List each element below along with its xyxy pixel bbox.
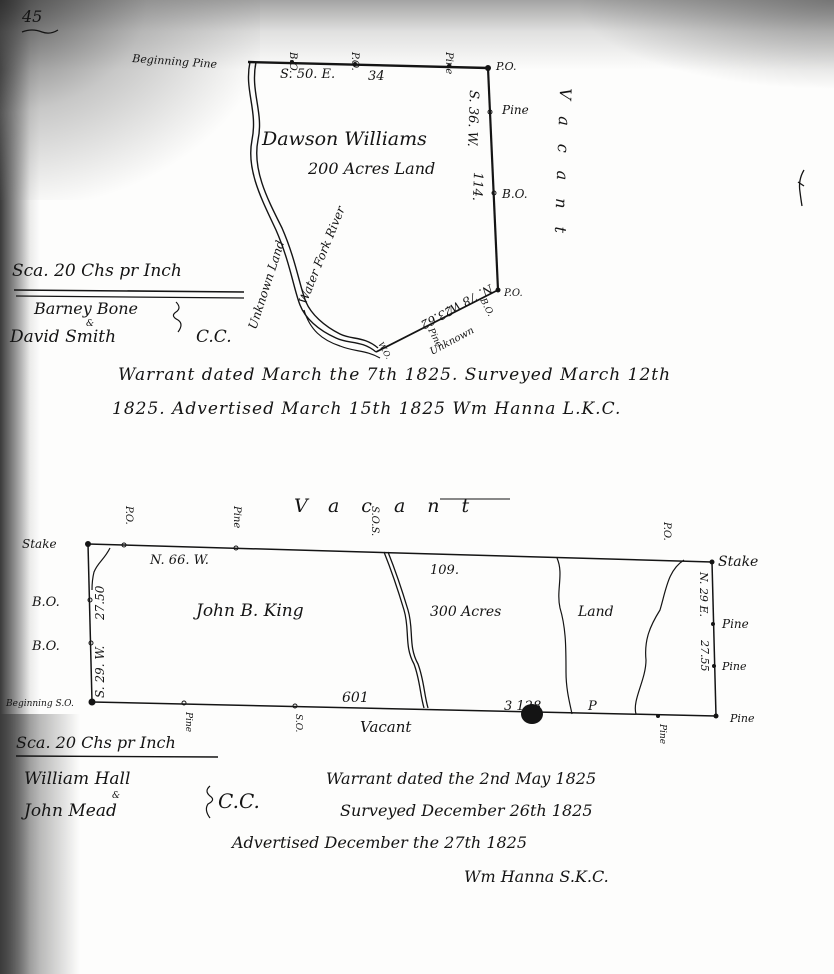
plat1-river-label: Water Fork River — [296, 203, 348, 306]
plat2-chain-carrier-1: William Hall — [24, 769, 130, 789]
plat2-adjoining-north: Vacant — [294, 495, 491, 517]
plat2-river-a — [384, 552, 424, 708]
plat1-adjoining-east: Vacant — [550, 88, 575, 251]
plat1-river-west — [248, 62, 376, 352]
plat1-acreage: 200 Acres Land — [307, 159, 435, 178]
plat1-ne-corner-label: P.O. — [495, 60, 517, 73]
survey-page: 45 Beginning Pine S. 50. E. 34 B. — [0, 0, 834, 974]
plat2-warrant-line-2: Surveyed December 26th 1825 — [340, 801, 593, 820]
plat1-ne-corner-marker — [485, 65, 491, 71]
plat2-adjoining-south: Vacant — [360, 718, 412, 736]
plat2-south-distance-b: 3 128 — [504, 699, 541, 714]
plat2-scale: Sca. 20 Chs pr Inch — [16, 733, 176, 752]
plat2-east-bearing: N. 29 E. — [697, 571, 710, 617]
plat2-west-label-2: B.O. — [31, 639, 60, 654]
plat1-scale-rule-1 — [14, 290, 244, 292]
plat2-north-label-1: P.O. — [123, 505, 134, 525]
plat1-warrant-line-2: 1825. Advertised March 15th 1825 Wm Hann… — [112, 399, 621, 419]
plat1-north-label-1: B.O. — [287, 51, 298, 73]
plat2-acreage-number: 300 Acres — [430, 604, 501, 620]
plat1-chain-carrier-2: David Smith — [9, 327, 116, 347]
plat1-east-distance: 114. — [469, 172, 485, 201]
plat1-east-bearing: S. 36. W. — [464, 90, 481, 147]
plat1-chain-carrier-brace — [173, 302, 181, 332]
plat2-ne-corner-marker — [710, 560, 715, 565]
plat1-scale: Sca. 20 Chs pr Inch — [12, 261, 182, 281]
plat1-east-label-1: Pine — [501, 103, 529, 117]
plat2-owner-name: John B. King — [193, 601, 304, 621]
stray-ink-mark — [798, 170, 804, 206]
plat2-nw-corner-marker — [85, 541, 91, 547]
plat2-north-distance: 109. — [430, 563, 459, 578]
plat2-east-marker-1 — [711, 622, 715, 626]
plat2-se-corner-marker — [714, 714, 719, 719]
plat2-chain-carrier-role: C.C. — [218, 789, 260, 813]
plat2-stream-middle — [557, 558, 572, 714]
plat2-south-label-3: Pine — [657, 723, 667, 744]
plat2-warrant-line-4: Wm Hanna S.K.C. — [464, 867, 609, 886]
plat2-stream-nw — [92, 548, 110, 590]
plat1-river-east — [254, 62, 378, 348]
plat2-west-bearing: S. 29. W. — [93, 646, 107, 698]
plat1-beginning-label: Beginning Pine — [131, 52, 218, 71]
plat2-warrant-line-3: Advertised December the 27th 1825 — [230, 833, 527, 852]
plat-john-b-king: Vacant Stake Stake P.O. Pine S.O.S. P.O.… — [5, 495, 758, 886]
plat2-west-line — [88, 544, 92, 702]
plat1-river-bend — [304, 310, 380, 358]
plat2-chain-carrier-2: John Mead — [21, 801, 117, 821]
plat2-se-corner-label: Pine — [729, 712, 755, 725]
plat2-west-label-1: B.O. — [31, 595, 60, 610]
plat2-west-distance: 27.50 — [93, 585, 107, 621]
plat2-north-bearing: N. 66. W. — [149, 553, 209, 568]
plat2-warrant-line-1: Warrant dated the 2nd May 1825 — [326, 769, 596, 788]
plat2-ne-corner-label: Stake — [718, 554, 758, 570]
plat2-chain-carrier-brace — [206, 786, 212, 818]
plat2-sw-corner-label: Beginning S.O. — [5, 699, 74, 709]
plat1-owner-name: Dawson Williams — [261, 128, 427, 150]
plat1-south-distance: 23.62 — [418, 303, 456, 332]
plat2-east-label-1: Pine — [721, 617, 749, 631]
plat2-sw-corner-marker — [89, 699, 96, 706]
plat2-south-label-1: Pine — [183, 711, 193, 732]
plat2-scale-rule — [16, 756, 218, 757]
plat2-south-label-2: S.O. — [293, 714, 303, 733]
plat1-east-line — [488, 68, 498, 290]
plat2-stream-east — [635, 560, 684, 714]
plat1-chain-carrier-role: C.C. — [196, 327, 232, 347]
plat1-adjoining-west: Unknown Land — [246, 238, 288, 331]
plat2-south-marker-3 — [656, 714, 660, 718]
plat1-north-label-2: P.O. — [349, 51, 360, 71]
page-number: 45 — [21, 7, 42, 26]
plat2-east-marker-2 — [712, 664, 716, 668]
plat1-north-label-3: Pine — [443, 51, 454, 74]
plat2-north-label-4: P.O. — [661, 521, 672, 541]
plat2-south-distance-a: 601 — [342, 690, 369, 706]
plat2-east-line — [712, 562, 716, 716]
plat2-nw-corner-label: Stake — [22, 537, 57, 551]
plat2-east-label-2: Pine — [721, 660, 747, 673]
plat-dawson-williams: Beginning Pine S. 50. E. 34 B.O. P.O. Pi… — [9, 51, 671, 419]
plat2-chain-carrier-join: & — [112, 791, 120, 801]
page-number-flourish — [22, 30, 58, 33]
plat2-north-label-3: S.O.S. — [369, 506, 380, 536]
plat2-north-label-2: Pine — [231, 505, 242, 528]
plat1-scale-rule-2 — [16, 296, 244, 298]
plat1-south-label-1: B.O. — [477, 296, 495, 319]
plat2-river-b — [388, 552, 428, 708]
plat2-acreage-word: Land — [577, 604, 614, 620]
plat1-warrant-line-1: Warrant dated March the 7th 1825. Survey… — [118, 365, 671, 385]
plat1-east-label-2: B.O. — [501, 187, 528, 201]
plat1-north-distance: 34 — [368, 69, 385, 84]
plat1-se-corner-marker — [496, 288, 501, 293]
plat2-south-distance-c: P — [587, 699, 597, 714]
plat1-se-corner-label: P.O. — [503, 288, 523, 299]
plat1-chain-carrier-1: Barney Bone — [33, 299, 138, 318]
plat2-east-distance: 27.55 — [698, 639, 711, 672]
survey-plats: 45 Beginning Pine S. 50. E. 34 B. — [0, 0, 834, 974]
